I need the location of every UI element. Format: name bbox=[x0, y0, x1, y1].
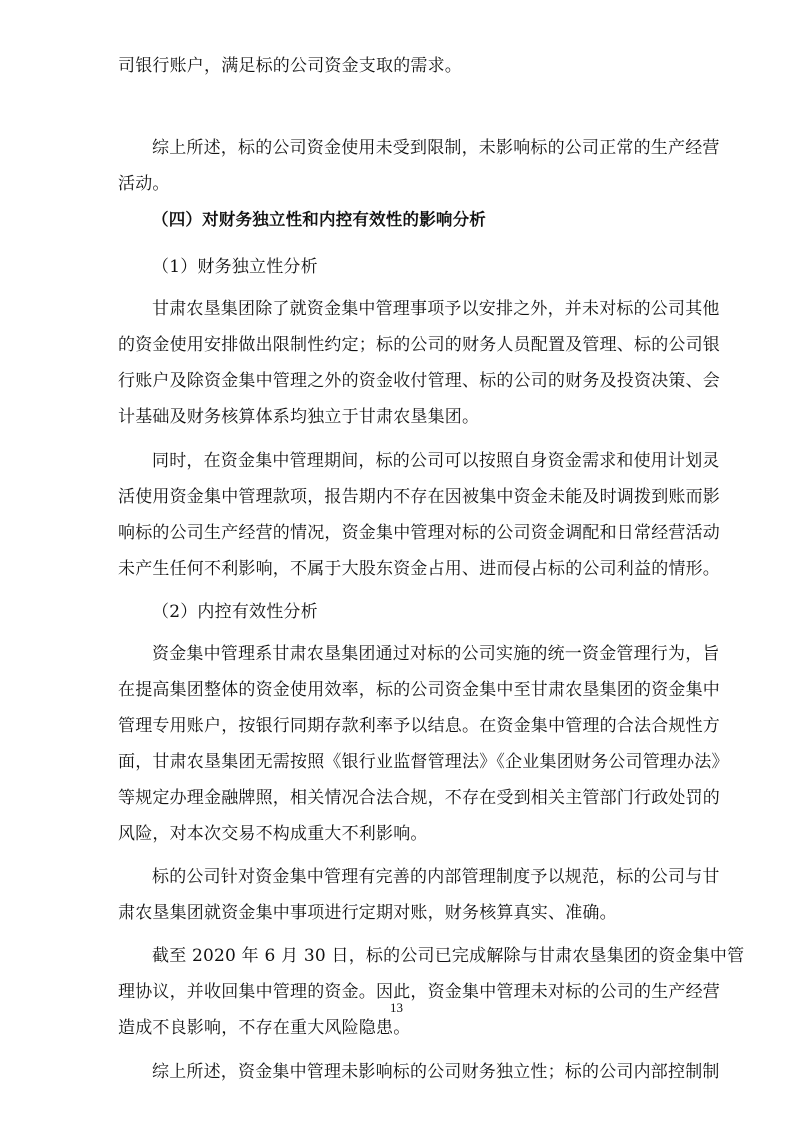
paragraph-line: 资金集中管理系甘肃农垦集团通过对标的公司实施的统一资金管理行为，旨 bbox=[152, 643, 674, 665]
paragraph-line: 管理专用账户，按银行同期存款利率予以结息。在资金集中管理的合法合规性方 bbox=[118, 715, 674, 737]
paragraph-line: 甘肃农垦集团除了就资金集中管理事项予以安排之外，并未对标的公司其他 bbox=[152, 298, 674, 320]
paragraph-line: 响标的公司生产经营的情况，资金集中管理对标的公司资金调配和日常经营活动 bbox=[118, 522, 674, 544]
paragraph-line: 计基础及财务核算体系均独立于甘肃农垦集团。 bbox=[118, 406, 674, 428]
paragraph-line: 风险，对本次交易不构成重大不利影响。 bbox=[118, 823, 674, 845]
section-heading: （四）对财务独立性和内控有效性的影响分析 bbox=[152, 209, 674, 231]
paragraph-line: 的资金使用安排做出限制性约定；标的公司的财务人员配置及管理、标的公司银 bbox=[118, 334, 674, 356]
page-number: 13 bbox=[0, 1000, 793, 1016]
paragraph-line: 综上所述，标的公司资金使用未受到限制，未影响标的公司正常的生产经营 bbox=[152, 137, 674, 159]
paragraph-line: 肃农垦集团就资金集中事项进行定期对账，财务核算真实、准确。 bbox=[118, 902, 674, 924]
paragraph-line: 综上所述，资金集中管理未影响标的公司财务独立性；标的公司内部控制制 bbox=[152, 1061, 674, 1083]
paragraph-line: 等规定办理金融牌照，相关情况合法合规，不存在受到相关主管部门行政处罚的 bbox=[118, 787, 674, 809]
paragraph-line: 标的公司针对资金集中管理有完善的内部管理制度予以规范，标的公司与甘 bbox=[152, 866, 674, 888]
paragraph-line: 在提高集团整体的资金使用效率，标的公司资金集中至甘肃农垦集团的资金集中 bbox=[118, 679, 674, 701]
paragraph-line: 造成不良影响，不存在重大风险隐患。 bbox=[118, 1017, 674, 1039]
paragraph-line: 司银行账户，满足标的公司资金支取的需求。 bbox=[118, 55, 674, 77]
subsection-heading: （2）内控有效性分析 bbox=[152, 601, 708, 623]
paragraph-line: 活动。 bbox=[118, 173, 674, 195]
paragraph-line: 截至 2020 年 6 月 30 日，标的公司已完成解除与甘肃农垦集团的资金集中… bbox=[152, 945, 674, 967]
subsection-heading: （1）财务独立性分析 bbox=[152, 256, 708, 278]
paragraph-line: 面，甘肃农垦集团无需按照《银行业监督管理法》《企业集团财务公司管理办法》 bbox=[118, 751, 674, 773]
paragraph-line: 同时，在资金集中管理期间，标的公司可以按照自身资金需求和使用计划灵 bbox=[152, 450, 674, 472]
paragraph-line: 行账户及除资金集中管理之外的资金收付管理、标的公司的财务及投资决策、会 bbox=[118, 370, 674, 392]
paragraph-line: 未产生任何不利影响，不属于大股东资金占用、进而侵占标的公司利益的情形。 bbox=[118, 558, 674, 580]
paragraph-line: 活使用资金集中管理款项，报告期内不存在因被集中资金未能及时调拨到账而影 bbox=[118, 486, 674, 508]
